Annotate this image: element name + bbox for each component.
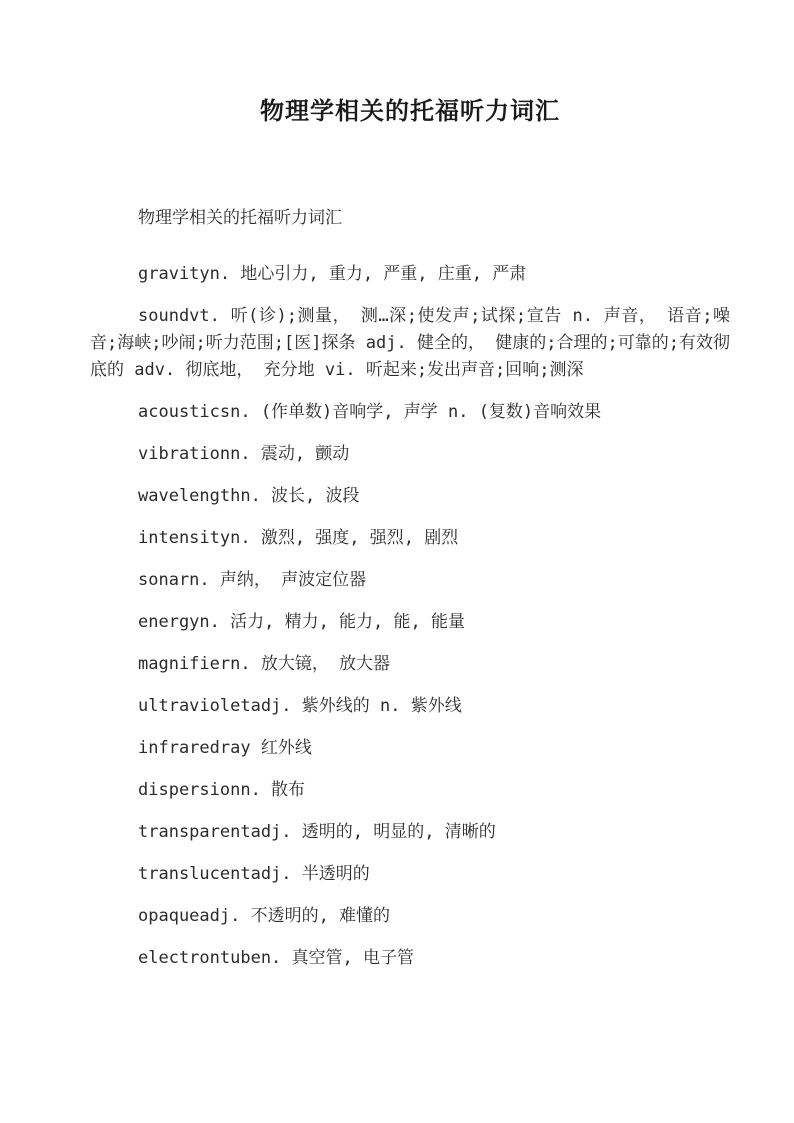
vocab-entry: vibrationn. 震动, 颤动 — [90, 441, 730, 468]
vocab-entry-list: gravityn. 地心引力, 重力, 严重, 庄重, 严肃 soundvt. … — [90, 261, 730, 972]
vocab-entry: ultravioletadj. 紫外线的 n. 紫外线 — [90, 693, 730, 720]
vocab-entry: dispersionn. 散布 — [90, 777, 730, 804]
vocab-entry: infraredray 红外线 — [90, 735, 730, 762]
vocab-entry: gravityn. 地心引力, 重力, 严重, 庄重, 严肃 — [90, 261, 730, 288]
vocab-entry: sonarn. 声纳， 声波定位器 — [90, 567, 730, 594]
document-page: 物理学相关的托福听力词汇 物理学相关的托福听力词汇 gravityn. 地心引力… — [0, 0, 794, 1123]
document-subtitle: 物理学相关的托福听力词汇 — [90, 205, 730, 232]
vocab-entry: transparentadj. 透明的, 明显的, 清晰的 — [90, 819, 730, 846]
vocab-entry: soundvt. 听(诊);测量， 测…深;使发声;试探;宣告 n. 声音， 语… — [90, 303, 730, 384]
vocab-entry: energyn. 活力, 精力, 能力, 能, 能量 — [90, 609, 730, 636]
vocab-entry: wavelengthn. 波长, 波段 — [90, 483, 730, 510]
vocab-entry: translucentadj. 半透明的 — [90, 861, 730, 888]
vocab-entry: magnifiern. 放大镜， 放大器 — [90, 651, 730, 678]
vocab-entry: acousticsn. (作单数)音响学, 声学 n. (复数)音响效果 — [90, 399, 730, 426]
document-title: 物理学相关的托福听力词汇 — [90, 96, 730, 126]
vocab-entry: intensityn. 激烈, 强度, 强烈, 剧烈 — [90, 525, 730, 552]
vocab-entry: opaqueadj. 不透明的, 难懂的 — [90, 903, 730, 930]
vocab-entry: electrontuben. 真空管, 电子管 — [90, 945, 730, 972]
